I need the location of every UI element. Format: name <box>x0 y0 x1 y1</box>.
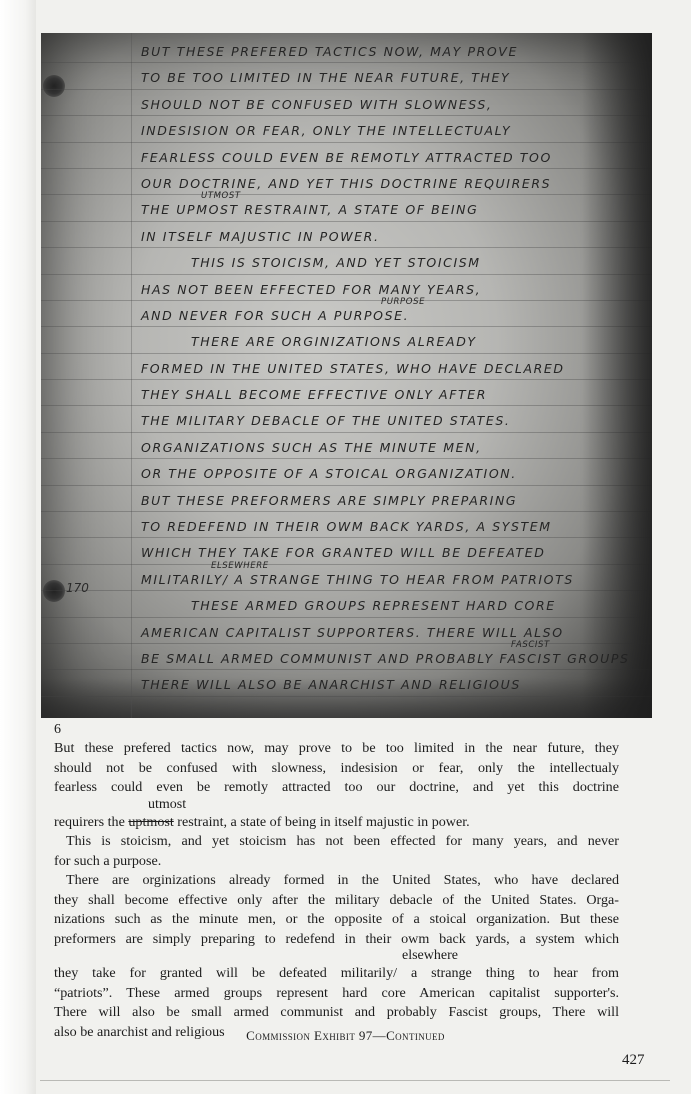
handwritten-line: Organizations such as the minute men, <box>41 433 652 459</box>
transcript-line: There are orginizations already formed i… <box>54 871 619 891</box>
handwritten-line: our doctrine, and yet this doctrine requ… <box>41 169 652 195</box>
handwritten-line: formed in the United States, who have de… <box>41 354 652 380</box>
handwritten-note-photo: But these prefered tactics now, may prov… <box>41 33 652 718</box>
transcript-line: But these prefered tactics now, may prov… <box>54 739 619 759</box>
handwritten-line: the military debacle of the United State… <box>41 406 652 432</box>
handwritten-line: in itself majustic in power. <box>41 222 652 248</box>
handwritten-line: But these preformers are simply preparin… <box>41 486 652 512</box>
handwritten-line: American capitalist supporters. There wi… <box>41 618 652 644</box>
transcript-line: nizations such as the minute men, or the… <box>54 910 619 930</box>
exhibit-caption: Commission Exhibit 97—Continued <box>0 1028 691 1044</box>
page-number: 427 <box>622 1052 645 1069</box>
handwritten-line-with-insert: elsewhere militarily/ a strange thing to… <box>41 565 652 591</box>
handwritten-text: militarily/ a strange thing to hear from… <box>141 572 574 587</box>
handwritten-lines: But these prefered tactics now, may prov… <box>41 37 652 697</box>
handwritten-line: But these prefered tactics now, may prov… <box>41 37 652 63</box>
transcript-line: for such a purpose. <box>54 852 619 872</box>
transcript-line: “patriots”. These armed groups represent… <box>54 984 619 1004</box>
handwritten-text: and never for such a purpose. <box>141 308 409 323</box>
handwritten-text: the upmost restraint, a state of being <box>141 202 478 217</box>
handwritten-line: There will also be anarchist and religio… <box>41 670 652 696</box>
handwritten-line-with-insert: FASCIST be small armed communist and pro… <box>41 644 652 670</box>
transcript-line: they take for granted will be defeated m… <box>54 964 619 984</box>
page-edge <box>0 0 37 1094</box>
transcript-insert: utmost <box>54 798 619 813</box>
handwritten-line: There are orginizations already <box>41 327 652 353</box>
handwritten-line: indesision or fear, only the intellectua… <box>41 116 652 142</box>
handwritten-line: to be too limited in the near future, th… <box>41 63 652 89</box>
handwritten-line: should not be confused with slowness, <box>41 90 652 116</box>
handwritten-insert: FASCIST <box>511 640 550 650</box>
struck-word: uptmost <box>128 814 173 830</box>
margin-note: 170 <box>66 581 89 595</box>
typed-transcription: 6 But these prefered tactics now, may pr… <box>54 720 619 1042</box>
handwritten-line-with-insert: UTMOST the upmost restraint, a state of … <box>41 195 652 221</box>
page-bottom-edge <box>40 1080 670 1081</box>
transcript-line: they shall become effective only after t… <box>54 891 619 911</box>
transcript-line: should not be confused with slowness, in… <box>54 759 619 779</box>
transcript-insert: elsewhere <box>54 949 619 964</box>
handwritten-insert: UTMOST <box>201 191 241 201</box>
transcript-text: requirers the <box>54 814 128 830</box>
handwritten-line: has not been effected for many years, <box>41 275 652 301</box>
handwritten-insert: PURPOSE <box>381 297 425 307</box>
handwritten-line: they shall become effective only after <box>41 380 652 406</box>
handwritten-line: or the opposite of a stoical organizatio… <box>41 459 652 485</box>
handwritten-line-with-insert: PURPOSE and never for such a purpose. <box>41 301 652 327</box>
transcript-text: restraint, a state of being in itself ma… <box>174 814 470 830</box>
transcript-line: requirers the uptmost restraint, a state… <box>54 813 619 833</box>
transcript-line: There will also be small armed communist… <box>54 1003 619 1023</box>
handwritten-line: which they take for granted will be defe… <box>41 538 652 564</box>
page-marker: 6 <box>54 720 619 739</box>
handwritten-line: These armed groups represent hard core <box>41 591 652 617</box>
handwritten-insert: elsewhere <box>211 561 269 571</box>
transcript-line: fearless could even be remotly attracted… <box>54 778 619 798</box>
transcript-line: This is stoicism, and yet stoicism has n… <box>54 832 619 852</box>
handwritten-line: fearless could even be remotly attracted… <box>41 143 652 169</box>
handwritten-text: be small armed communist and probably fa… <box>141 651 630 666</box>
transcript-line: preformers are simply preparing to redef… <box>54 930 619 950</box>
handwritten-line: This is stoicism, and yet stoicism <box>41 248 652 274</box>
handwritten-line: to redefend in their owm back yards, a s… <box>41 512 652 538</box>
